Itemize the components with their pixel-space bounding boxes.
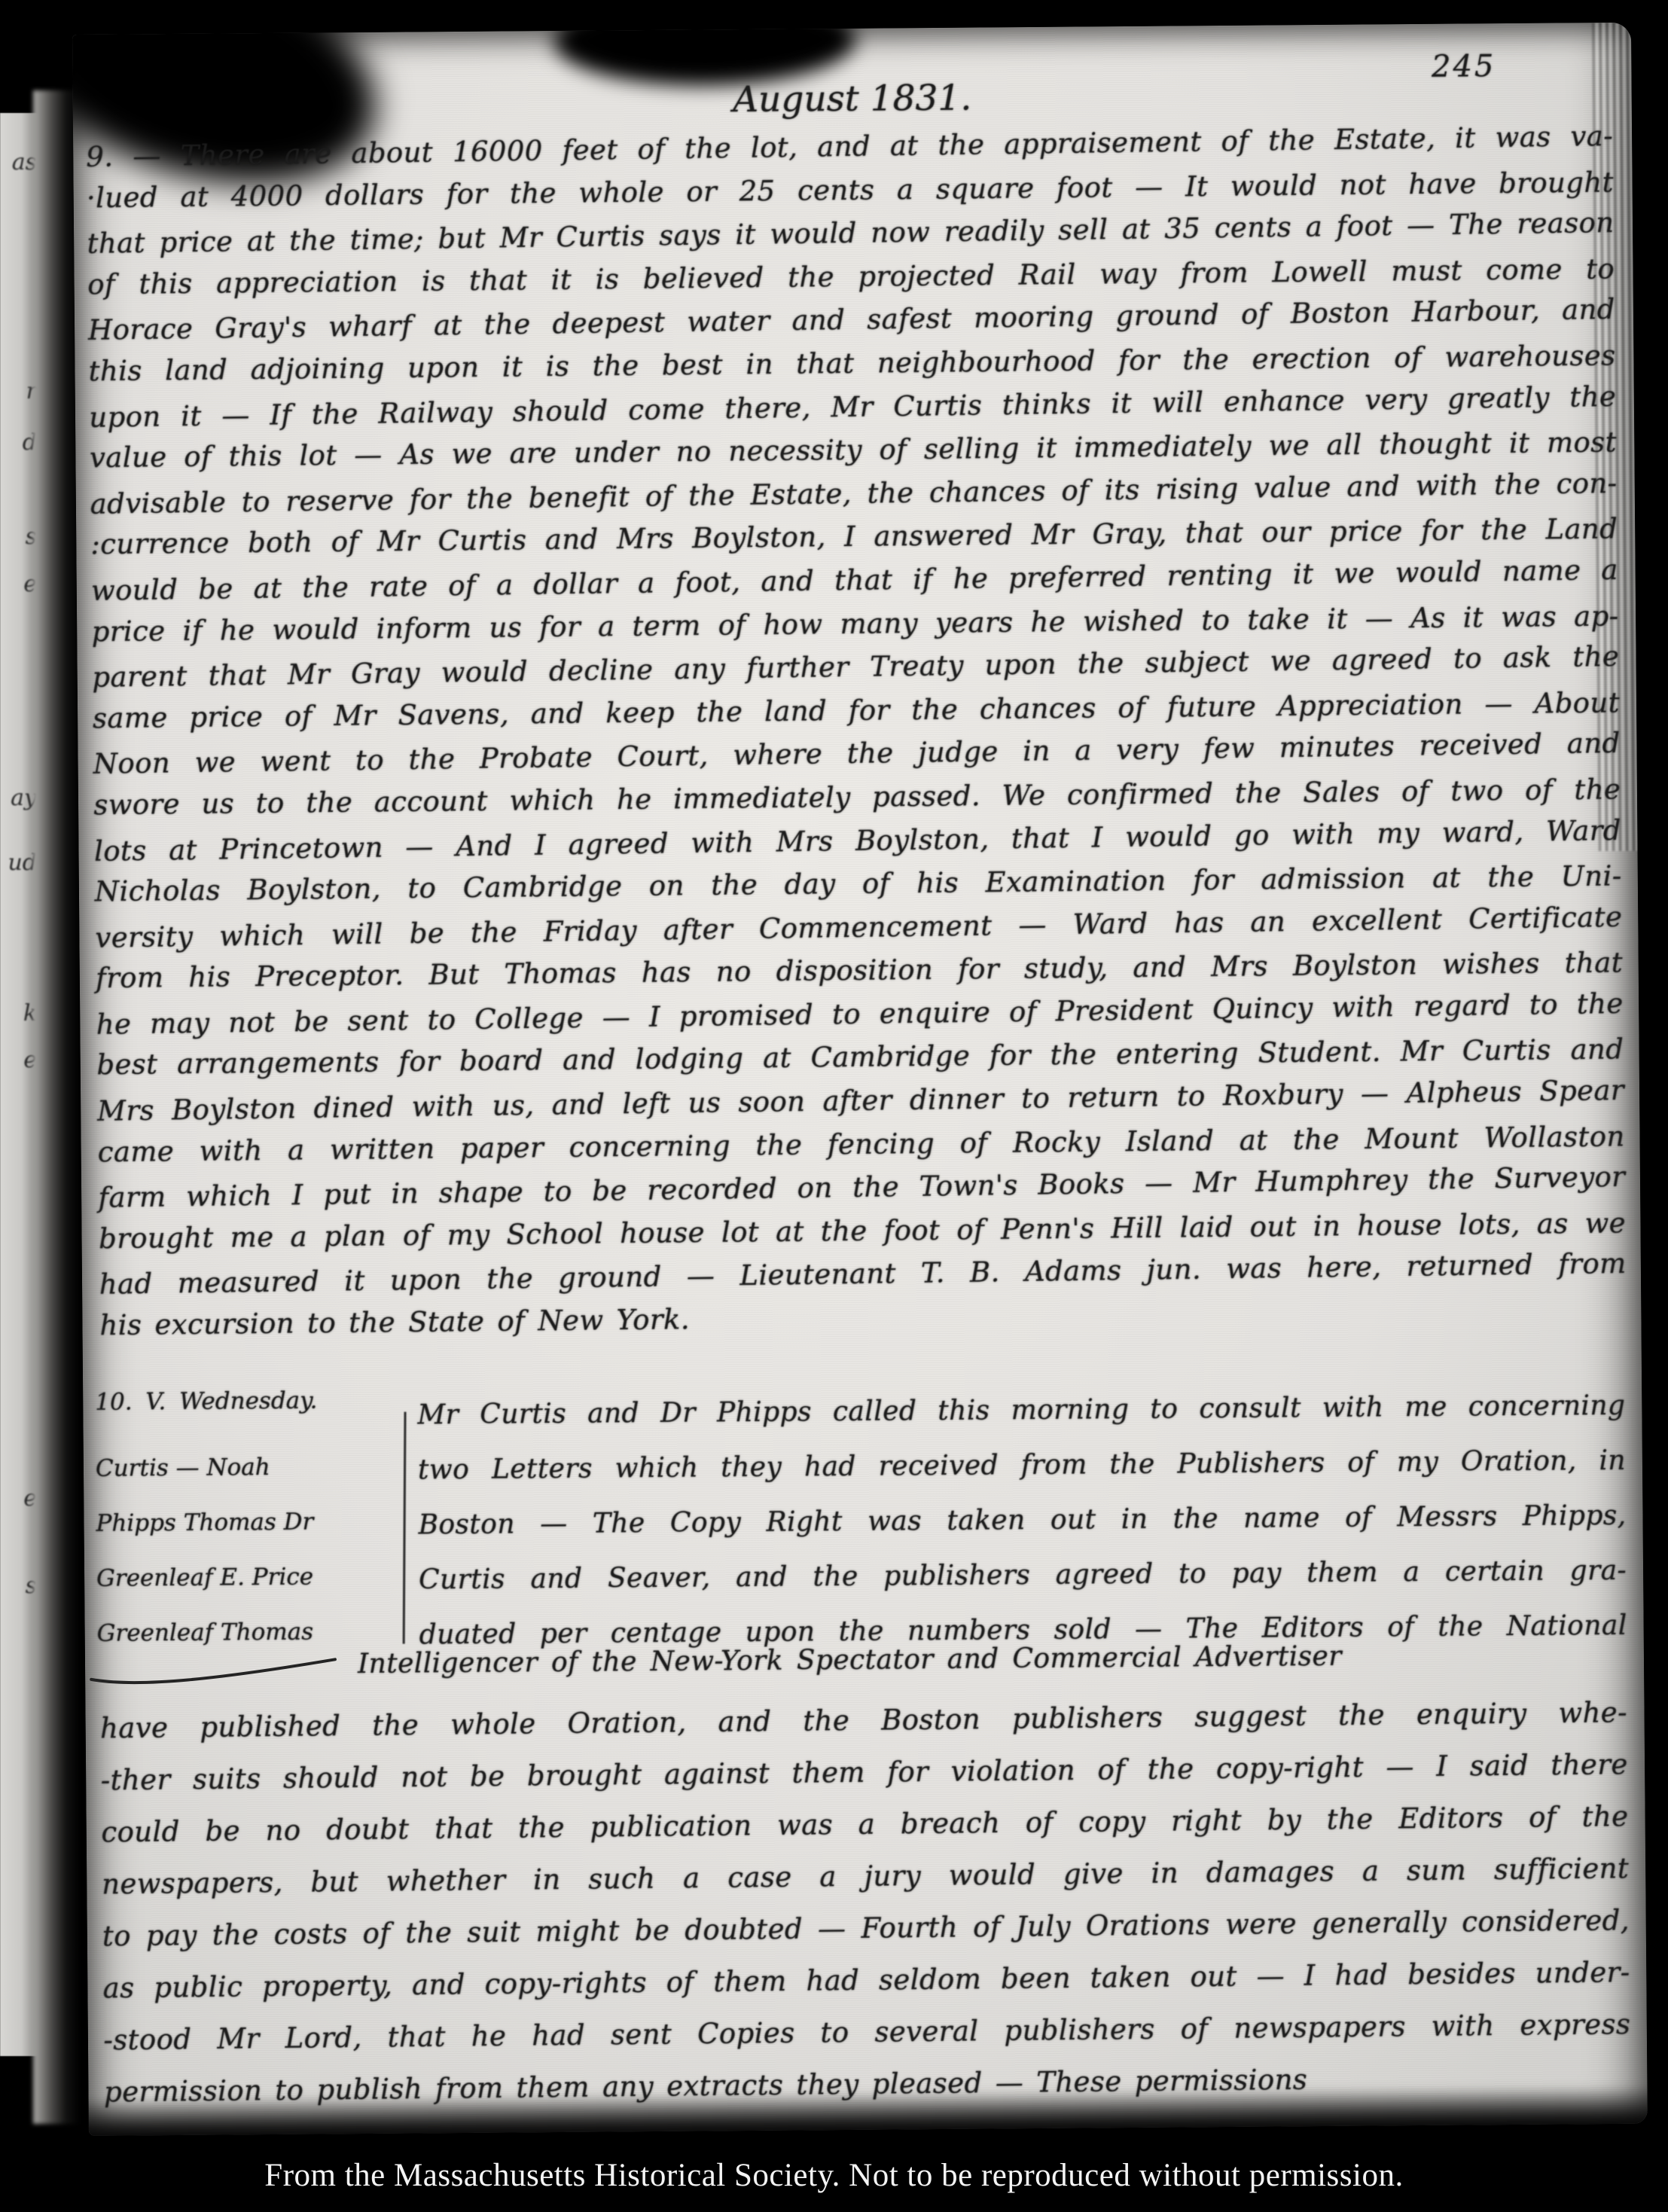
manuscript-page: 245 August 1831. 9. — There are about 16… — [72, 23, 1648, 2136]
handwritten-line: Curtis and Seaver, and the publishers ag… — [419, 1543, 1627, 1608]
handwritten-line: Boston — The Copy Right was taken out in… — [418, 1488, 1627, 1553]
margin-entry-date: 10. V. Wednesday. — [95, 1387, 317, 1416]
margin-name-index: Curtis — NoahPhipps Thomas DrGreenleaf E… — [96, 1439, 400, 1661]
margin-name: Phipps Thomas Dr — [96, 1494, 399, 1551]
margin-name: Greenleaf E. Price — [96, 1549, 400, 1606]
diary-entry-august-9: 9. — There are about 16000 feet of the l… — [86, 116, 1627, 1348]
book-gutter — [33, 90, 80, 2124]
handwritten-line: two Letters which they had received from… — [418, 1433, 1627, 1498]
top-edge-shadow — [554, 23, 856, 87]
handwritten-line: Mr Curtis and Dr Phipps called this morn… — [417, 1378, 1626, 1443]
diary-entry-august-10-indented: Mr Curtis and Dr Phipps called this morn… — [417, 1378, 1627, 1663]
manuscript-scan: asrdseayudkees 245 August 1831. 9. — The… — [0, 0, 1668, 2212]
diary-entry-august-10-continued: have published the whole Oration, and th… — [100, 1686, 1632, 2118]
ink-flourish-swash — [87, 1652, 343, 1689]
margin-divider-rule — [403, 1412, 407, 1644]
margin-name: Curtis — Noah — [96, 1439, 399, 1497]
archive-credit-caption: From the Massachusetts Historical Societ… — [0, 2157, 1668, 2194]
